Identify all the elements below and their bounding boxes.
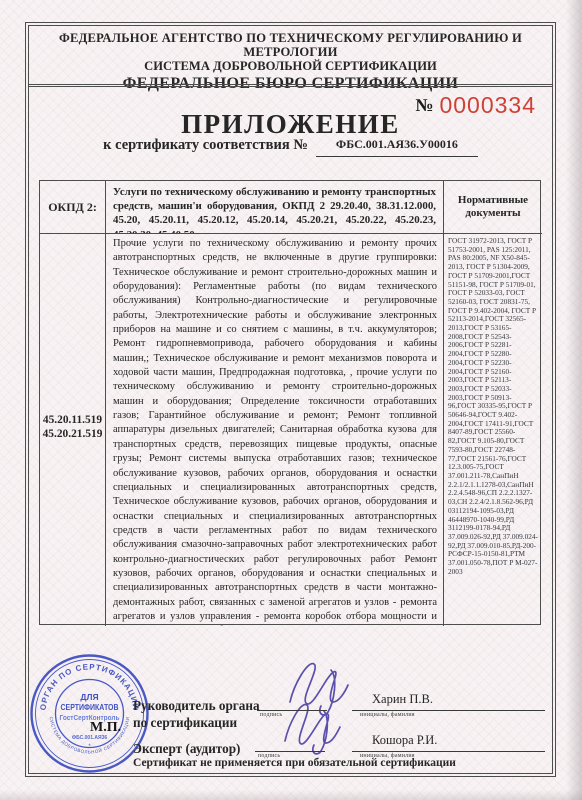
services-header-cell: Услуги по техническому обслуживанию и ре… — [106, 181, 444, 234]
services-table: ОКПД 2: Услуги по техническому обслужива… — [39, 180, 541, 625]
okpd-code: 45.20.21.519 — [40, 427, 105, 441]
signature-line-expert — [255, 751, 325, 752]
subtitle-label: к сертификату соответствия № — [103, 137, 308, 153]
role-head-of-body: Руководитель органа по сертификации — [133, 698, 273, 731]
okpd-header-cell: ОКПД 2: — [40, 181, 106, 234]
signer-name-expert: Кошора Р.И. — [372, 733, 437, 748]
normative-header-cell: Нормативные документы — [444, 181, 542, 234]
name-line-expert — [352, 751, 545, 752]
scan-edge-right — [566, 0, 582, 800]
signer-name-head: Харин П.В. — [372, 692, 433, 707]
okpd-code: 45.20.11.519 — [40, 413, 105, 427]
certificate-page: ФЕДЕРАЛЬНОЕ АГЕНТСТВО ПО ТЕХНИЧЕСКОМУ РЕ… — [0, 0, 582, 800]
normative-body-cell: ГОСТ 31972-2013, ГОСТ Р 51753-2001, PAS … — [444, 234, 542, 626]
agency-name: ФЕДЕРАЛЬНОЕ АГЕНТСТВО ПО ТЕХНИЧЕСКОМУ РЕ… — [33, 31, 548, 59]
caption-initials: инициалы, фамилия — [360, 712, 415, 718]
services-body-cell: Прочие услуги по техническому обслуживан… — [106, 234, 444, 626]
scan-edge-bottom — [0, 790, 582, 800]
okpd-codes-cell: 45.20.11.519 45.20.21.519 — [40, 234, 106, 626]
signature-line-head — [257, 710, 327, 711]
name-line-head — [352, 710, 545, 711]
system-name: СИСТЕМА ДОБРОВОЛЬНОЙ СЕРТИФИКАЦИИ — [33, 59, 548, 74]
footer-note: Сертификат не применяется при обязательн… — [133, 757, 456, 769]
mp-label: М.П. — [90, 720, 121, 736]
signature-expert-ink — [279, 695, 351, 759]
stamp-line-dlya: ДЛЯ — [80, 692, 98, 702]
caption-signature: подпись — [260, 712, 282, 718]
certificate-number: ФБС.001.АЯ36.У00016 — [316, 137, 478, 157]
header-divider — [29, 84, 552, 87]
stamp-line-sertifikatov: СЕРТИФИКАТОВ — [61, 702, 119, 712]
subtitle: к сертификату соответствия №ФБС.001.АЯ36… — [33, 136, 548, 157]
